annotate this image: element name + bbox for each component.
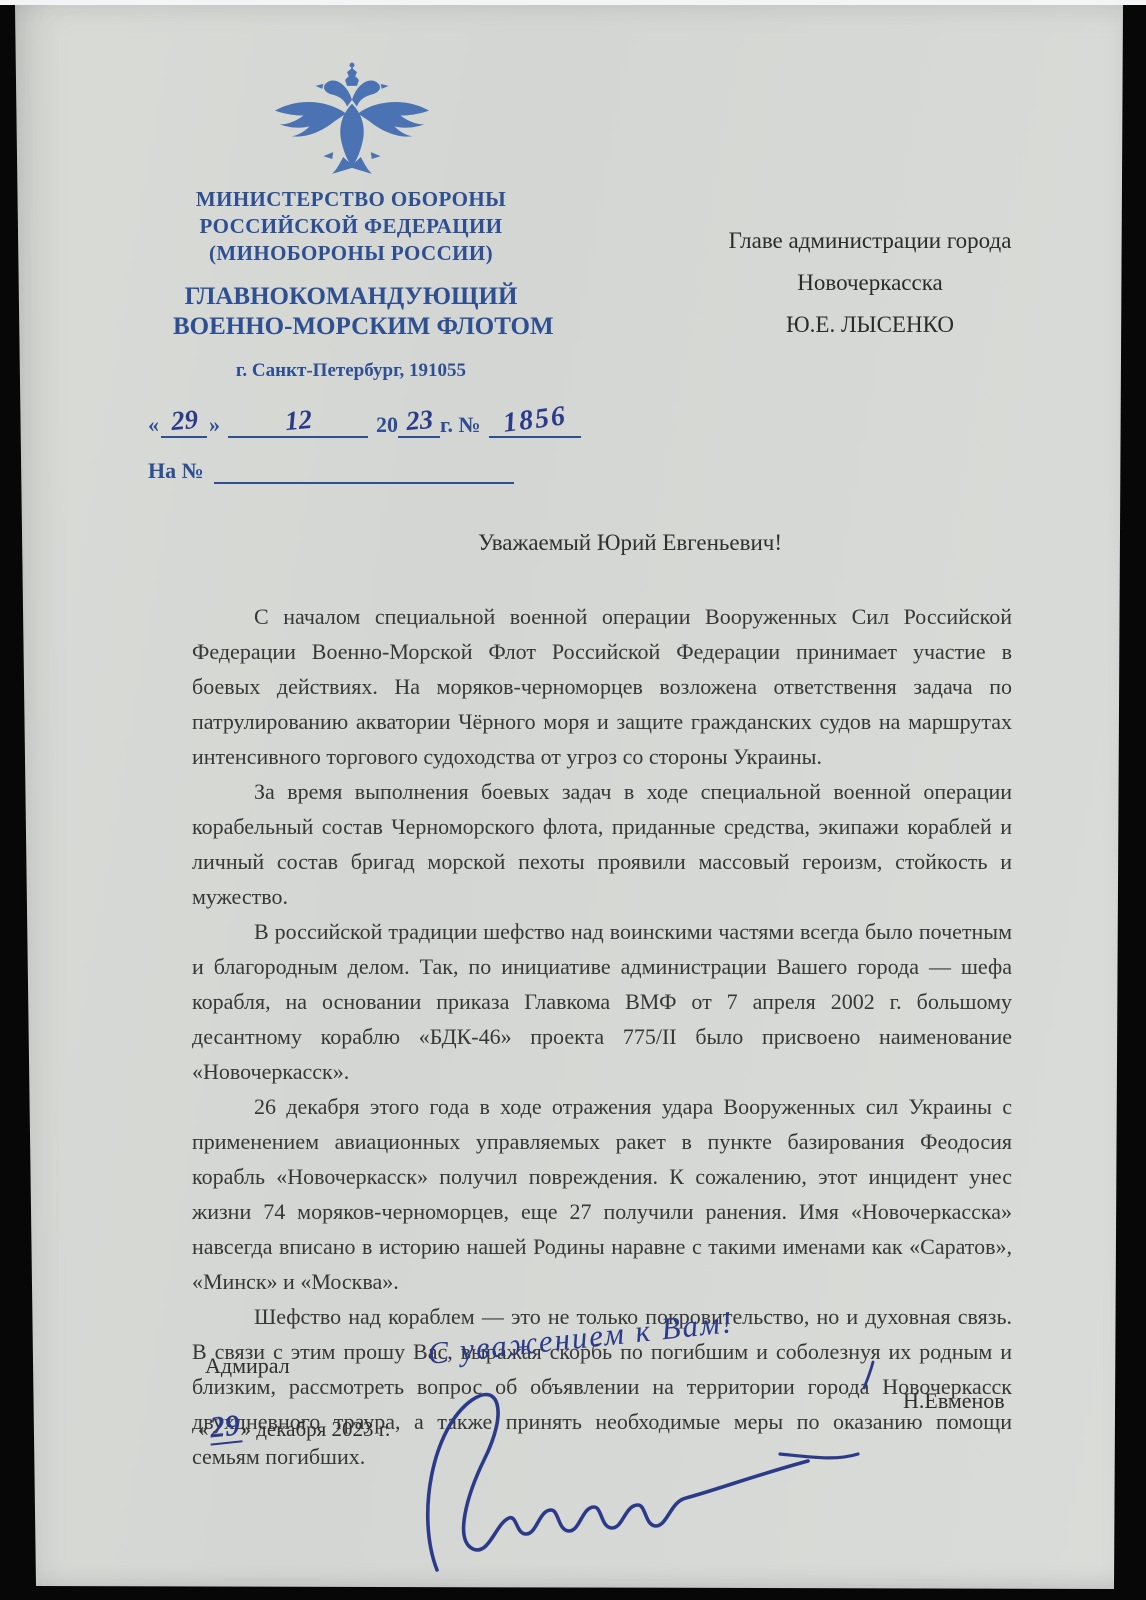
recipient-line-2: Новочеркасска [652,262,1088,304]
handwritten-date-day: 29 [207,1410,242,1445]
number-label: г. № [440,412,481,437]
handwritten-day: 29 [169,405,198,435]
handwritten-month: 12 [283,405,312,435]
recipient-line-3: Ю.Е. ЛЫСЕНКО [652,304,1088,346]
reply-slot [214,452,514,484]
recipient-block: Главе администрации города Новочеркасска… [652,220,1088,346]
signer-name: Н.Евменов [903,1388,1005,1414]
month-slot: 12 [228,406,368,438]
date-quote-open: « [198,1417,209,1441]
ministry-line-3: (МИНОБОРОНЫ РОССИИ) [173,240,529,267]
handwritten-year: 23 [404,405,433,435]
ministry-title: МИНИСТЕРСТВО ОБОРОНЫ РОССИЙСКОЙ ФЕДЕРАЦИ… [173,186,529,267]
paragraph-1: С началом специальной военной операции В… [192,599,1012,774]
double-headed-eagle-icon [268,58,436,182]
signer-rank: Адмирал [205,1353,290,1379]
paragraph-3: В российской традиции шефство над воинск… [192,914,1012,1089]
year-slot: 23 [398,406,440,438]
scan-edge-top-strip [0,0,1146,5]
scanned-letter-photo: { "page": { "background_color": "#070707… [0,0,1146,1600]
reference-date-line: «29»122023г. №1856 [148,406,581,438]
quote-open: « [148,412,159,437]
date-rest: » декабря 2023 г. [241,1417,391,1441]
paragraph-4: 26 декабря этого года в ходе отражения у… [192,1089,1012,1299]
signature-date-line: «29» декабря 2023 г. [198,1412,390,1444]
letterhead-city-line: г. Санкт-Петербург, 191055 [173,360,529,382]
handwritten-number: 1856 [501,402,568,438]
commander-line-1: ГЛАВНОКОМАНДУЮЩИЙ [173,282,529,312]
commander-title: ГЛАВНОКОМАНДУЮЩИЙ ВОЕННО-МОРСКИМ ФЛОТОМ [173,282,529,342]
number-slot: 1856 [489,406,581,438]
commander-line-2: ВОЕННО-МОРСКИМ ФЛОТОМ [173,312,529,342]
ministry-line-1: МИНИСТЕРСТВО ОБОРОНЫ [173,186,529,213]
letter-paper: МИНИСТЕРСТВО ОБОРОНЫ РОССИЙСКОЙ ФЕДЕРАЦИ… [0,0,1146,1600]
reply-label: На № [148,458,204,483]
salutation: Уважаемый Юрий Евгеньевич! [400,530,860,556]
signature-autograph-icon [412,1358,892,1588]
recipient-line-1: Главе администрации города [652,220,1088,262]
year-prefix: 20 [376,412,398,437]
paragraph-2: За время выполнения боевых задач в ходе … [192,774,1012,914]
ministry-line-2: РОССИЙСКОЙ ФЕДЕРАЦИИ [173,213,529,240]
reply-reference-line: На № [148,452,514,484]
quote-close: » [209,412,220,437]
letterhead-block: МИНИСТЕРСТВО ОБОРОНЫ РОССИЙСКОЙ ФЕДЕРАЦИ… [173,186,529,382]
day-slot: 29 [161,406,207,438]
